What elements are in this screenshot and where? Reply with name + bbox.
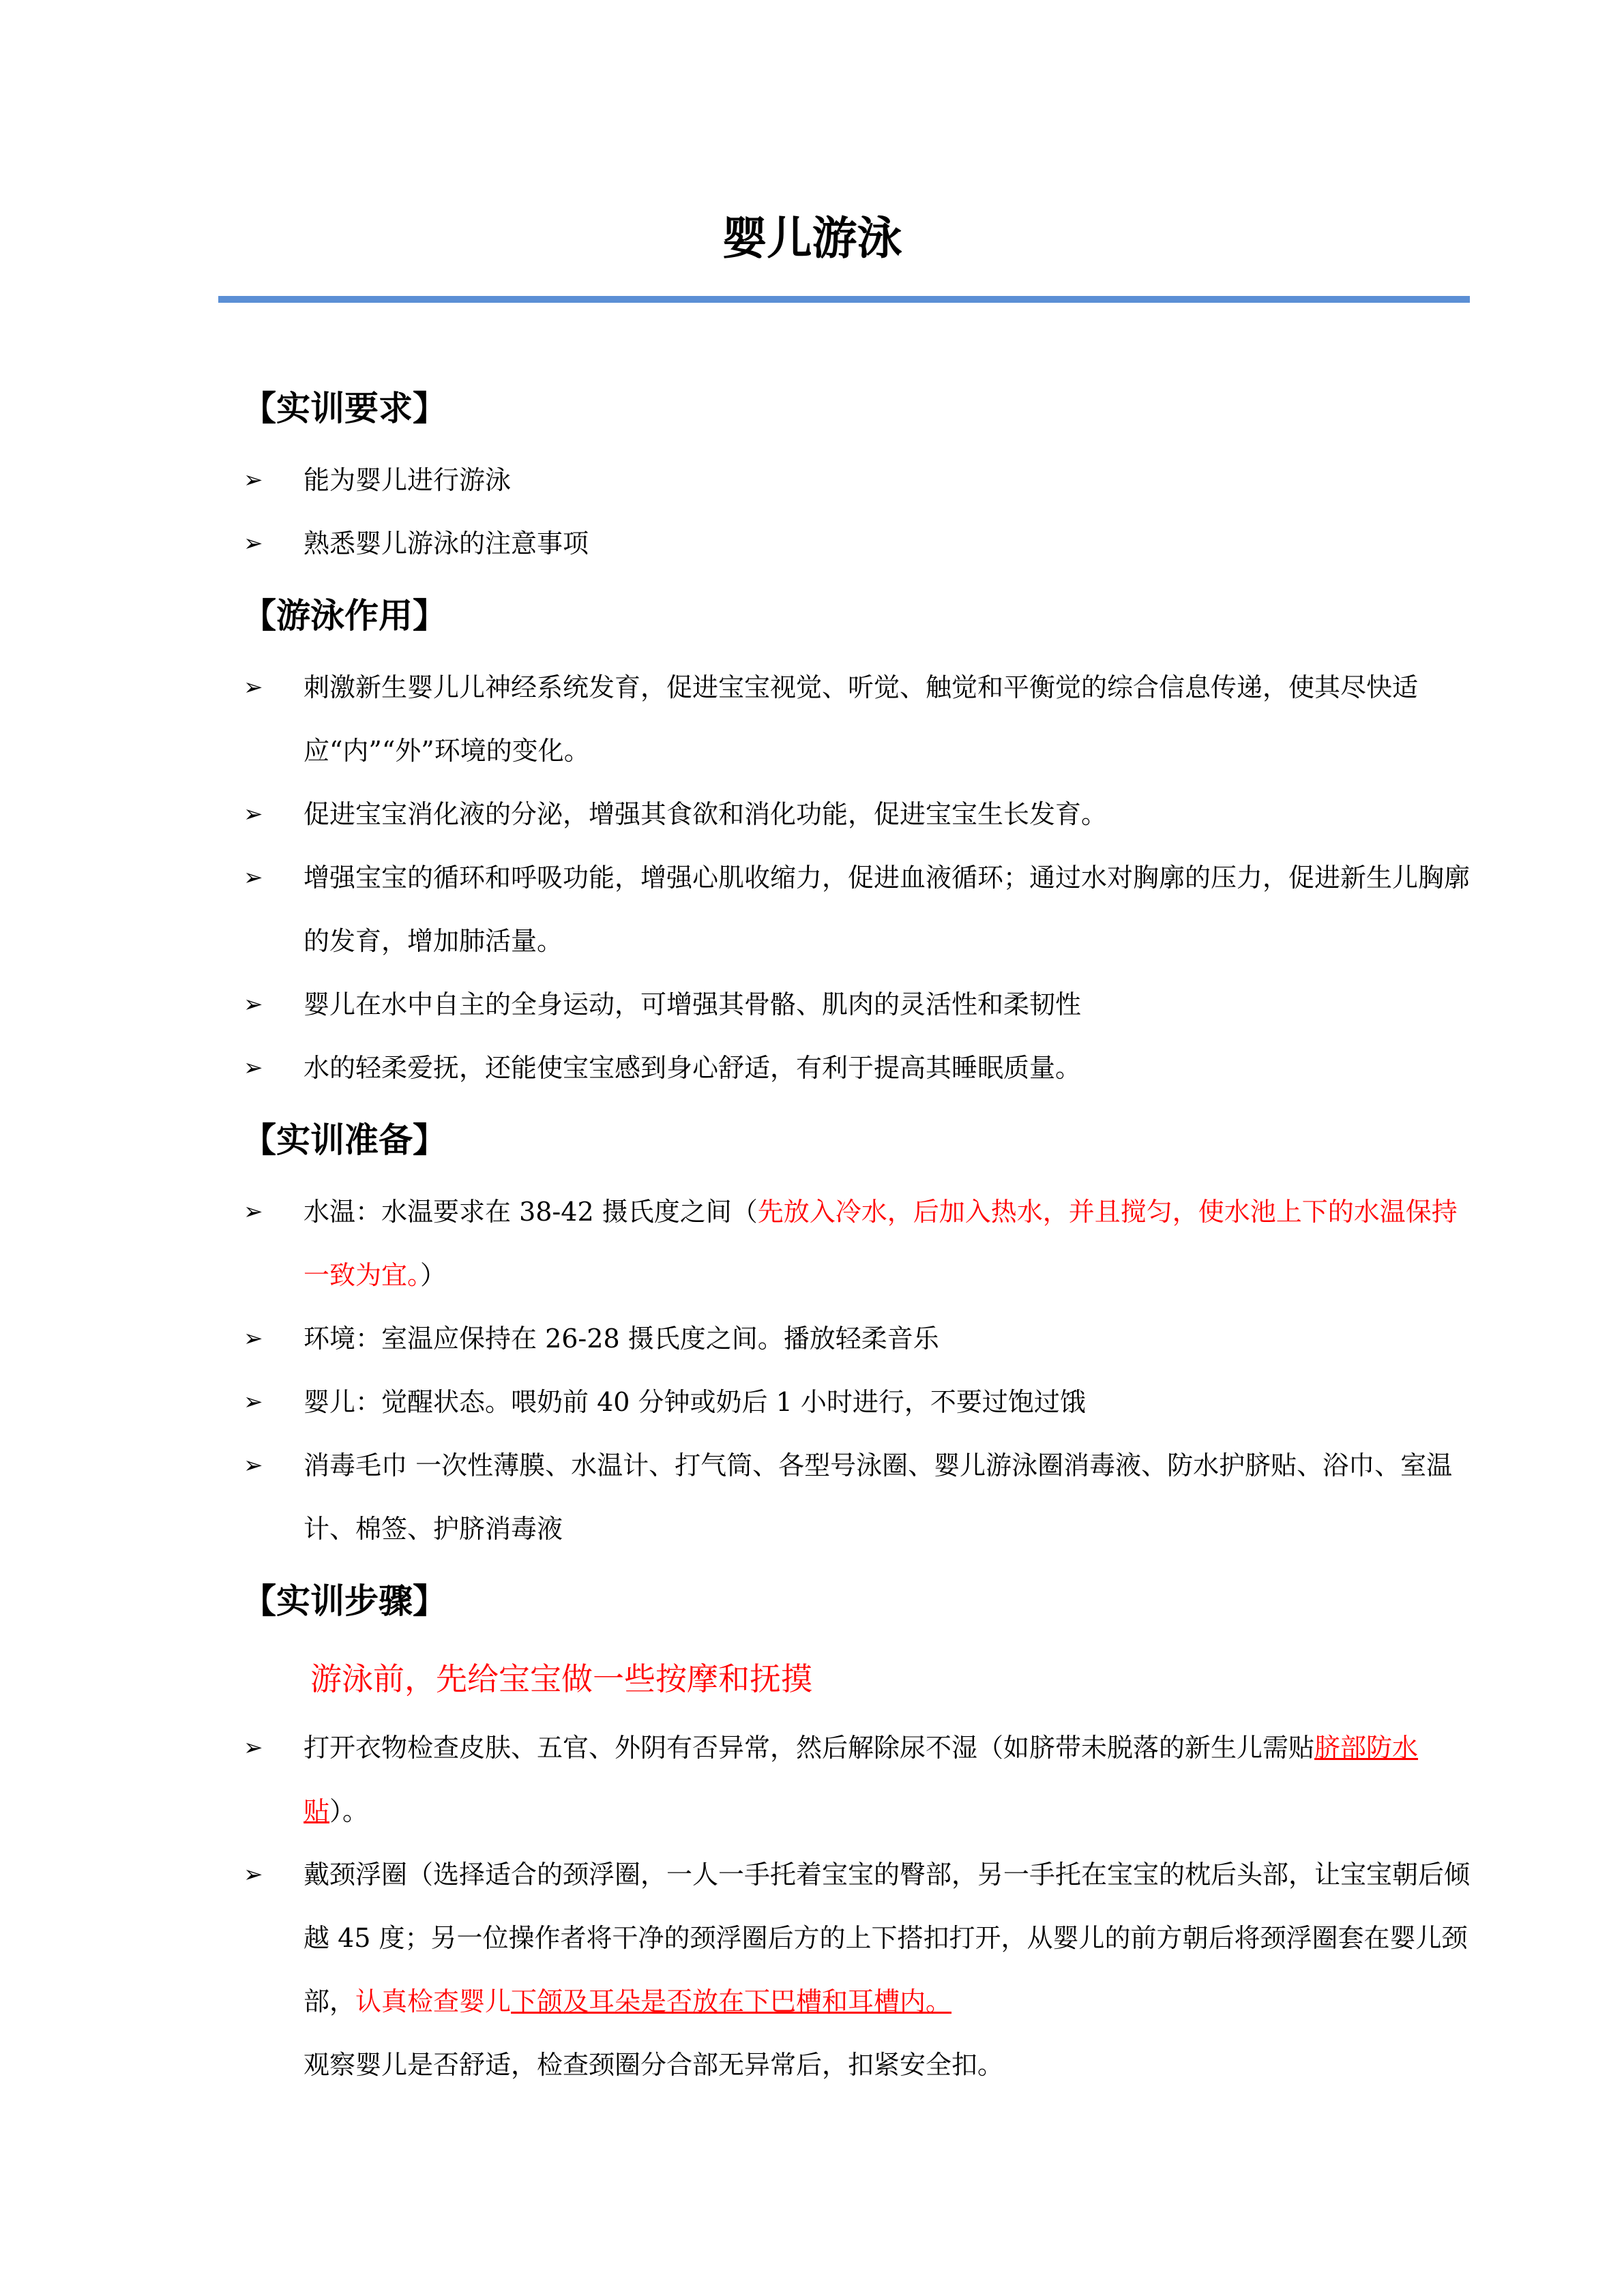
arrow-bullet-icon: ➢ [243, 1371, 263, 1434]
list-item: ➢ 增强宝宝的循环和呼吸功能，增强心肌收缩力，促进血液循环；通过水对胸廓的压力，… [242, 846, 1470, 973]
steps-subheading: 游泳前，先给宝宝做一些按摩和抚摸 [242, 1641, 1470, 1716]
arrow-bullet-icon: ➢ [243, 846, 263, 910]
section-heading-steps: 【实训步骤】 [242, 1561, 1470, 1641]
list-item: ➢ 婴儿：觉醒状态。喂奶前 40 分钟或奶后 1 小时进行，不要过饱过饿 [242, 1371, 1470, 1434]
arrow-bullet-icon: ➢ [243, 1843, 263, 1907]
list-item: ➢ 能为婴儿进行游泳 [242, 449, 1470, 512]
arrow-bullet-icon: ➢ [243, 1434, 263, 1497]
arrow-bullet-icon: ➢ [243, 1037, 263, 1100]
arrow-bullet-icon: ➢ [243, 1716, 263, 1780]
arrow-bullet-icon: ➢ [243, 1180, 263, 1244]
list-item: ➢ 水的轻柔爱抚，还能使宝宝感到身心舒适，有利于提高其睡眠质量。 [242, 1037, 1470, 1100]
list-item-water-temp: ➢ 水温：水温要求在 38-42 摄氏度之间（先放入冷水，后加入热水，并且搅匀，… [242, 1180, 1470, 1307]
arrow-bullet-icon: ➢ [243, 512, 263, 576]
list-item: ➢ 环境：室温应保持在 26-28 摄氏度之间。播放轻柔音乐 [242, 1307, 1470, 1371]
section-heading-requirements: 【实训要求】 [242, 368, 1470, 449]
emphasis-text: 认真检查婴儿 [355, 1986, 511, 2016]
emphasis-underlined-text: 下颌及耳朵是否放在下巴槽和耳槽内。 [511, 1986, 951, 2016]
arrow-bullet-icon: ➢ [243, 449, 263, 512]
arrow-bullet-icon: ➢ [243, 973, 263, 1037]
list-item: ➢ 消毒毛巾 一次性薄膜、水温计、打气筒、各型号泳圈、婴儿游泳圈消毒液、防水护脐… [242, 1434, 1470, 1561]
title-divider [218, 296, 1470, 303]
page-title: 婴儿游泳 [0, 205, 1624, 273]
arrow-bullet-icon: ➢ [243, 656, 263, 719]
arrow-bullet-icon: ➢ [243, 1307, 263, 1371]
section-heading-benefits: 【游泳作用】 [242, 576, 1470, 656]
section-heading-preparation: 【实训准备】 [242, 1100, 1470, 1180]
document-body: 【实训要求】 ➢ 能为婴儿进行游泳 ➢ 熟悉婴儿游泳的注意事项 【游泳作用】 ➢… [242, 368, 1470, 2097]
list-item: ➢ 促进宝宝消化液的分泌，增强其食欲和消化功能，促进宝宝生长发育。 [242, 783, 1470, 846]
list-item: ➢ 婴儿在水中自主的全身运动，可增强其骨骼、肌肉的灵活性和柔韧性 [242, 973, 1470, 1037]
list-item: ➢ 刺激新生婴儿儿神经系统发育，促进宝宝视觉、听觉、触觉和平衡觉的综合信息传递，… [242, 656, 1470, 783]
list-item: ➢ 熟悉婴儿游泳的注意事项 [242, 512, 1470, 576]
list-item-step-1: ➢ 打开衣物检查皮肤、五官、外阴有否异常，然后解除尿不湿（如脐带未脱落的新生儿需… [242, 1716, 1470, 1843]
arrow-bullet-icon: ➢ [243, 783, 263, 846]
list-item-step-2: ➢ 戴颈浮圈（选择适合的颈浮圈，一人一手托着宝宝的臀部，另一手托在宝宝的枕后头部… [242, 1843, 1470, 2097]
